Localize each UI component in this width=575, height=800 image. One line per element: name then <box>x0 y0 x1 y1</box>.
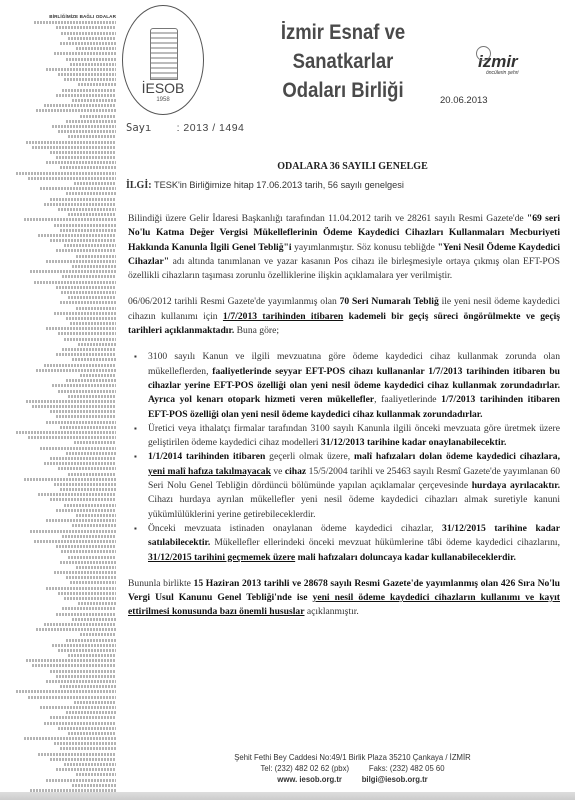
chamber-entry <box>50 239 116 242</box>
chamber-entry <box>30 270 116 273</box>
chamber-entry <box>60 301 116 304</box>
chamber-entry <box>46 421 116 424</box>
logo-abbr: İESOB <box>123 80 203 96</box>
chamber-entry <box>66 120 116 123</box>
chamber-entry <box>60 685 116 688</box>
chamber-entry <box>56 545 116 548</box>
chamber-entry <box>72 358 116 361</box>
title-line-2: Odaları Birliği <box>251 76 436 105</box>
footer-fax: Faks: (232) 482 05 60 <box>369 763 445 773</box>
chamber-entry <box>50 198 116 201</box>
letter-body: Bilindiği üzere Gelir İdaresi Başkanlığı… <box>128 212 560 632</box>
chamber-entry <box>38 493 116 496</box>
chamber-entry <box>58 332 116 335</box>
chamber-entry <box>70 63 116 66</box>
chamber-entry <box>28 177 116 180</box>
chamber-entry <box>16 431 116 434</box>
chamber-entry <box>56 94 116 97</box>
chamber-entry <box>68 135 116 138</box>
chamber-entry <box>72 618 116 621</box>
scan-edge-shadow <box>0 792 575 800</box>
chamber-entry <box>74 441 116 444</box>
chamber-entry <box>76 773 116 776</box>
provisions-list: ▪3100 sayılı Kanun ve ilgili mevzuatına … <box>128 350 560 564</box>
chamber-entry <box>50 716 116 719</box>
paragraph-transition: 06/06/2012 tarihli Resmi Gazete'de yayım… <box>128 295 560 338</box>
chamber-entry <box>72 524 116 527</box>
chamber-entry <box>74 182 116 185</box>
chamber-entry <box>60 747 116 750</box>
chamber-entry <box>32 405 116 408</box>
chamber-entry <box>66 317 116 320</box>
chamber-entry <box>28 436 116 439</box>
chamber-entry <box>56 353 116 356</box>
chamber-entry <box>61 291 116 294</box>
chamber-entry <box>72 265 116 268</box>
chamber-entry <box>62 607 116 610</box>
chamber-entry <box>68 654 116 657</box>
chamber-entry <box>66 379 116 382</box>
chamber-entry <box>54 483 116 486</box>
chamber-entry <box>40 706 116 709</box>
chamber-entry <box>66 711 116 714</box>
chamber-entry <box>68 473 116 476</box>
chamber-entry <box>44 623 116 626</box>
chamber-entry <box>70 581 116 584</box>
chamber-entry <box>78 602 116 605</box>
chamber-entry <box>76 566 116 569</box>
iesob-logo: İESOB 1958 <box>122 5 204 115</box>
chamber-entry <box>56 509 116 512</box>
chamber-entry <box>26 400 116 403</box>
chamber-entry <box>76 47 116 50</box>
chamber-entry <box>58 649 116 652</box>
chamber-entry <box>68 395 116 398</box>
chamber-entry <box>50 758 116 761</box>
chamber-entry <box>40 447 116 450</box>
letterhead-title: İzmir Esnaf ve Sanatkarlar Odaları Birli… <box>251 18 436 105</box>
reference-line: İLGİ: TESK'in Birliğimize hitap 17.06.20… <box>126 180 404 191</box>
chamber-entry <box>24 478 116 481</box>
chamber-entry <box>26 659 116 662</box>
provision-item: ▪3100 sayılı Kanun ve ilgili mevzuatına … <box>148 350 560 421</box>
chamber-entry <box>58 467 116 470</box>
chamber-entry <box>60 488 116 491</box>
chamber-entry <box>28 696 116 699</box>
chamber-entry <box>58 592 116 595</box>
footer-email-link[interactable]: bilgi@iesob.org.tr <box>362 774 428 784</box>
chamber-entry <box>68 732 116 735</box>
chamber-entry <box>34 540 116 543</box>
chamber-entry <box>46 587 116 590</box>
chamber-entry <box>50 457 116 460</box>
member-chambers-list: BİRLİĞİMİZE BAĞLI ODALAR <box>0 14 118 799</box>
chamber-entry <box>58 727 116 730</box>
chamber-entry <box>54 312 116 315</box>
chamber-entry <box>76 255 116 258</box>
chamber-entry <box>26 141 116 144</box>
chamber-entry <box>76 307 116 310</box>
chamber-entry <box>50 410 116 413</box>
chamber-entry <box>44 462 116 465</box>
paragraph-closing: Bununla birlikte 15 Haziran 2013 tarihli… <box>128 577 560 620</box>
chamber-entry <box>56 768 116 771</box>
chamber-entry <box>34 21 116 24</box>
chamber-entry <box>56 415 116 418</box>
chamber-entry <box>66 58 116 61</box>
footer-address: Şehit Fethi Bey Caddesi No:49/1 Birlik P… <box>152 752 553 763</box>
izmir-logo-circle-icon <box>476 46 491 61</box>
ilgi-text: TESK'in Birliğimize hitap 17.06.2013 tar… <box>154 180 404 190</box>
chamber-entry <box>46 327 116 330</box>
chamber-entry <box>80 374 116 377</box>
chamber-entry <box>44 203 116 206</box>
chamber-entry <box>66 192 116 195</box>
chamber-entry <box>44 364 116 367</box>
chamber-entry <box>64 244 116 247</box>
footer-website-link[interactable]: www. iesob.org.tr <box>277 774 342 784</box>
chamber-entry <box>56 613 116 616</box>
chamber-entry <box>62 275 116 278</box>
chamber-entry <box>60 426 116 429</box>
chamber-entry <box>40 187 116 190</box>
letterhead-footer: Şehit Fethi Bey Caddesi No:49/1 Birlik P… <box>152 752 553 785</box>
chamber-entry <box>46 260 116 263</box>
chamber-entry <box>50 498 116 501</box>
reference-number: Sayı : 2013 / 1494 <box>126 122 244 134</box>
chamber-entry <box>56 26 116 29</box>
chamber-entry <box>52 125 116 128</box>
chamber-entry <box>60 166 116 169</box>
chamber-entry <box>74 701 116 704</box>
reference-value: : 2013 / 1494 <box>177 122 245 134</box>
chamber-entry <box>54 52 116 55</box>
bullet-icon: ▪ <box>134 422 137 436</box>
title-line-1: İzmir Esnaf ve Sanatkarlar <box>251 18 436 76</box>
chamber-entry <box>72 99 116 102</box>
chamber-entry <box>46 680 116 683</box>
chamber-entry <box>62 89 116 92</box>
chamber-entry <box>56 286 116 289</box>
chamber-entry <box>50 670 116 673</box>
chamber-entry <box>58 208 116 211</box>
chamber-entry <box>64 338 116 341</box>
chamber-entry <box>24 218 116 221</box>
chamber-entry <box>54 571 116 574</box>
chamber-entry <box>68 37 116 40</box>
chamber-entry <box>52 384 116 387</box>
chamber-entry <box>64 597 116 600</box>
chamber-entry <box>64 763 116 766</box>
chamber-entry <box>80 115 116 118</box>
chamber-entry <box>56 249 116 252</box>
chamber-entry <box>32 664 116 667</box>
chamber-entry <box>80 633 116 636</box>
chamber-entry <box>36 109 116 112</box>
member-chambers-header: BİRLİĞİMİZE BAĞLI ODALAR <box>0 14 118 19</box>
chamber-entry <box>61 32 116 35</box>
provision-item: ▪1/1/2014 tarihinden itibaren geçerli ol… <box>148 450 560 521</box>
chamber-entry <box>30 530 116 533</box>
chamber-entry <box>46 779 116 782</box>
chamber-entry <box>56 156 116 159</box>
chamber-entry <box>54 742 116 745</box>
footer-phone: Tel: (232) 482 02 62 (pbx) <box>260 763 349 773</box>
chamber-entry <box>76 514 116 517</box>
provision-item: ▪Önceki mevzuata istinaden onaylanan öde… <box>148 522 560 565</box>
chamber-entry <box>56 675 116 678</box>
chamber-entry <box>46 68 116 71</box>
chamber-entry <box>66 576 116 579</box>
izmir-city-logo: izmir öncülerin şehri <box>478 52 519 76</box>
chamber-entry <box>16 690 116 693</box>
chamber-entry <box>58 390 116 393</box>
chamber-entry <box>58 73 116 76</box>
chamber-entry <box>66 452 116 455</box>
chamber-entry <box>38 234 116 237</box>
chamber-entry <box>64 504 116 507</box>
chamber-entry <box>62 348 116 351</box>
chamber-entry <box>46 519 116 522</box>
chamber-entry <box>50 151 116 154</box>
chamber-entry <box>78 343 116 346</box>
chamber-entry <box>34 281 116 284</box>
chamber-entry <box>32 146 116 149</box>
chamber-entry <box>16 172 116 175</box>
chamber-entry <box>36 369 116 372</box>
chamber-entry <box>58 130 116 133</box>
chamber-entry <box>61 550 116 553</box>
bullet-icon: ▪ <box>134 350 137 364</box>
chamber-entry <box>38 753 116 756</box>
chamber-entry <box>60 229 116 232</box>
chamber-entry <box>68 296 116 299</box>
circular-subject: ODALARA 36 SAYILI GENELGE <box>130 161 575 172</box>
bullet-icon: ▪ <box>134 450 137 464</box>
chamber-entry <box>60 42 116 45</box>
document-date: 20.06.2013 <box>440 95 488 106</box>
chamber-entry <box>62 535 116 538</box>
paragraph-intro: Bilindiği üzere Gelir İdaresi Başkanlığı… <box>128 212 560 283</box>
logo-year: 1958 <box>123 97 203 103</box>
chamber-entry <box>44 104 116 107</box>
chamber-entry <box>68 556 116 559</box>
chamber-entry <box>36 628 116 631</box>
chamber-entry <box>68 213 116 216</box>
chamber-entry <box>78 83 116 86</box>
chamber-entry <box>52 644 116 647</box>
chamber-entry <box>66 639 116 642</box>
ilgi-label: İLGİ: <box>126 180 152 191</box>
member-chambers-entries <box>0 21 118 797</box>
reference-label: Sayı <box>126 122 151 134</box>
chamber-entry <box>54 224 116 227</box>
chamber-entry <box>64 78 116 81</box>
chamber-entry <box>44 722 116 725</box>
provision-item: ▪Üretici veya ithalatçı firmalar tarafın… <box>148 422 560 451</box>
chamber-entry <box>46 161 116 164</box>
chamber-entry <box>24 737 116 740</box>
chamber-entry <box>60 561 116 564</box>
scales-emblem-icon <box>150 28 178 80</box>
chamber-entry <box>72 784 116 787</box>
bullet-icon: ▪ <box>134 522 137 536</box>
chamber-entry <box>70 322 116 325</box>
